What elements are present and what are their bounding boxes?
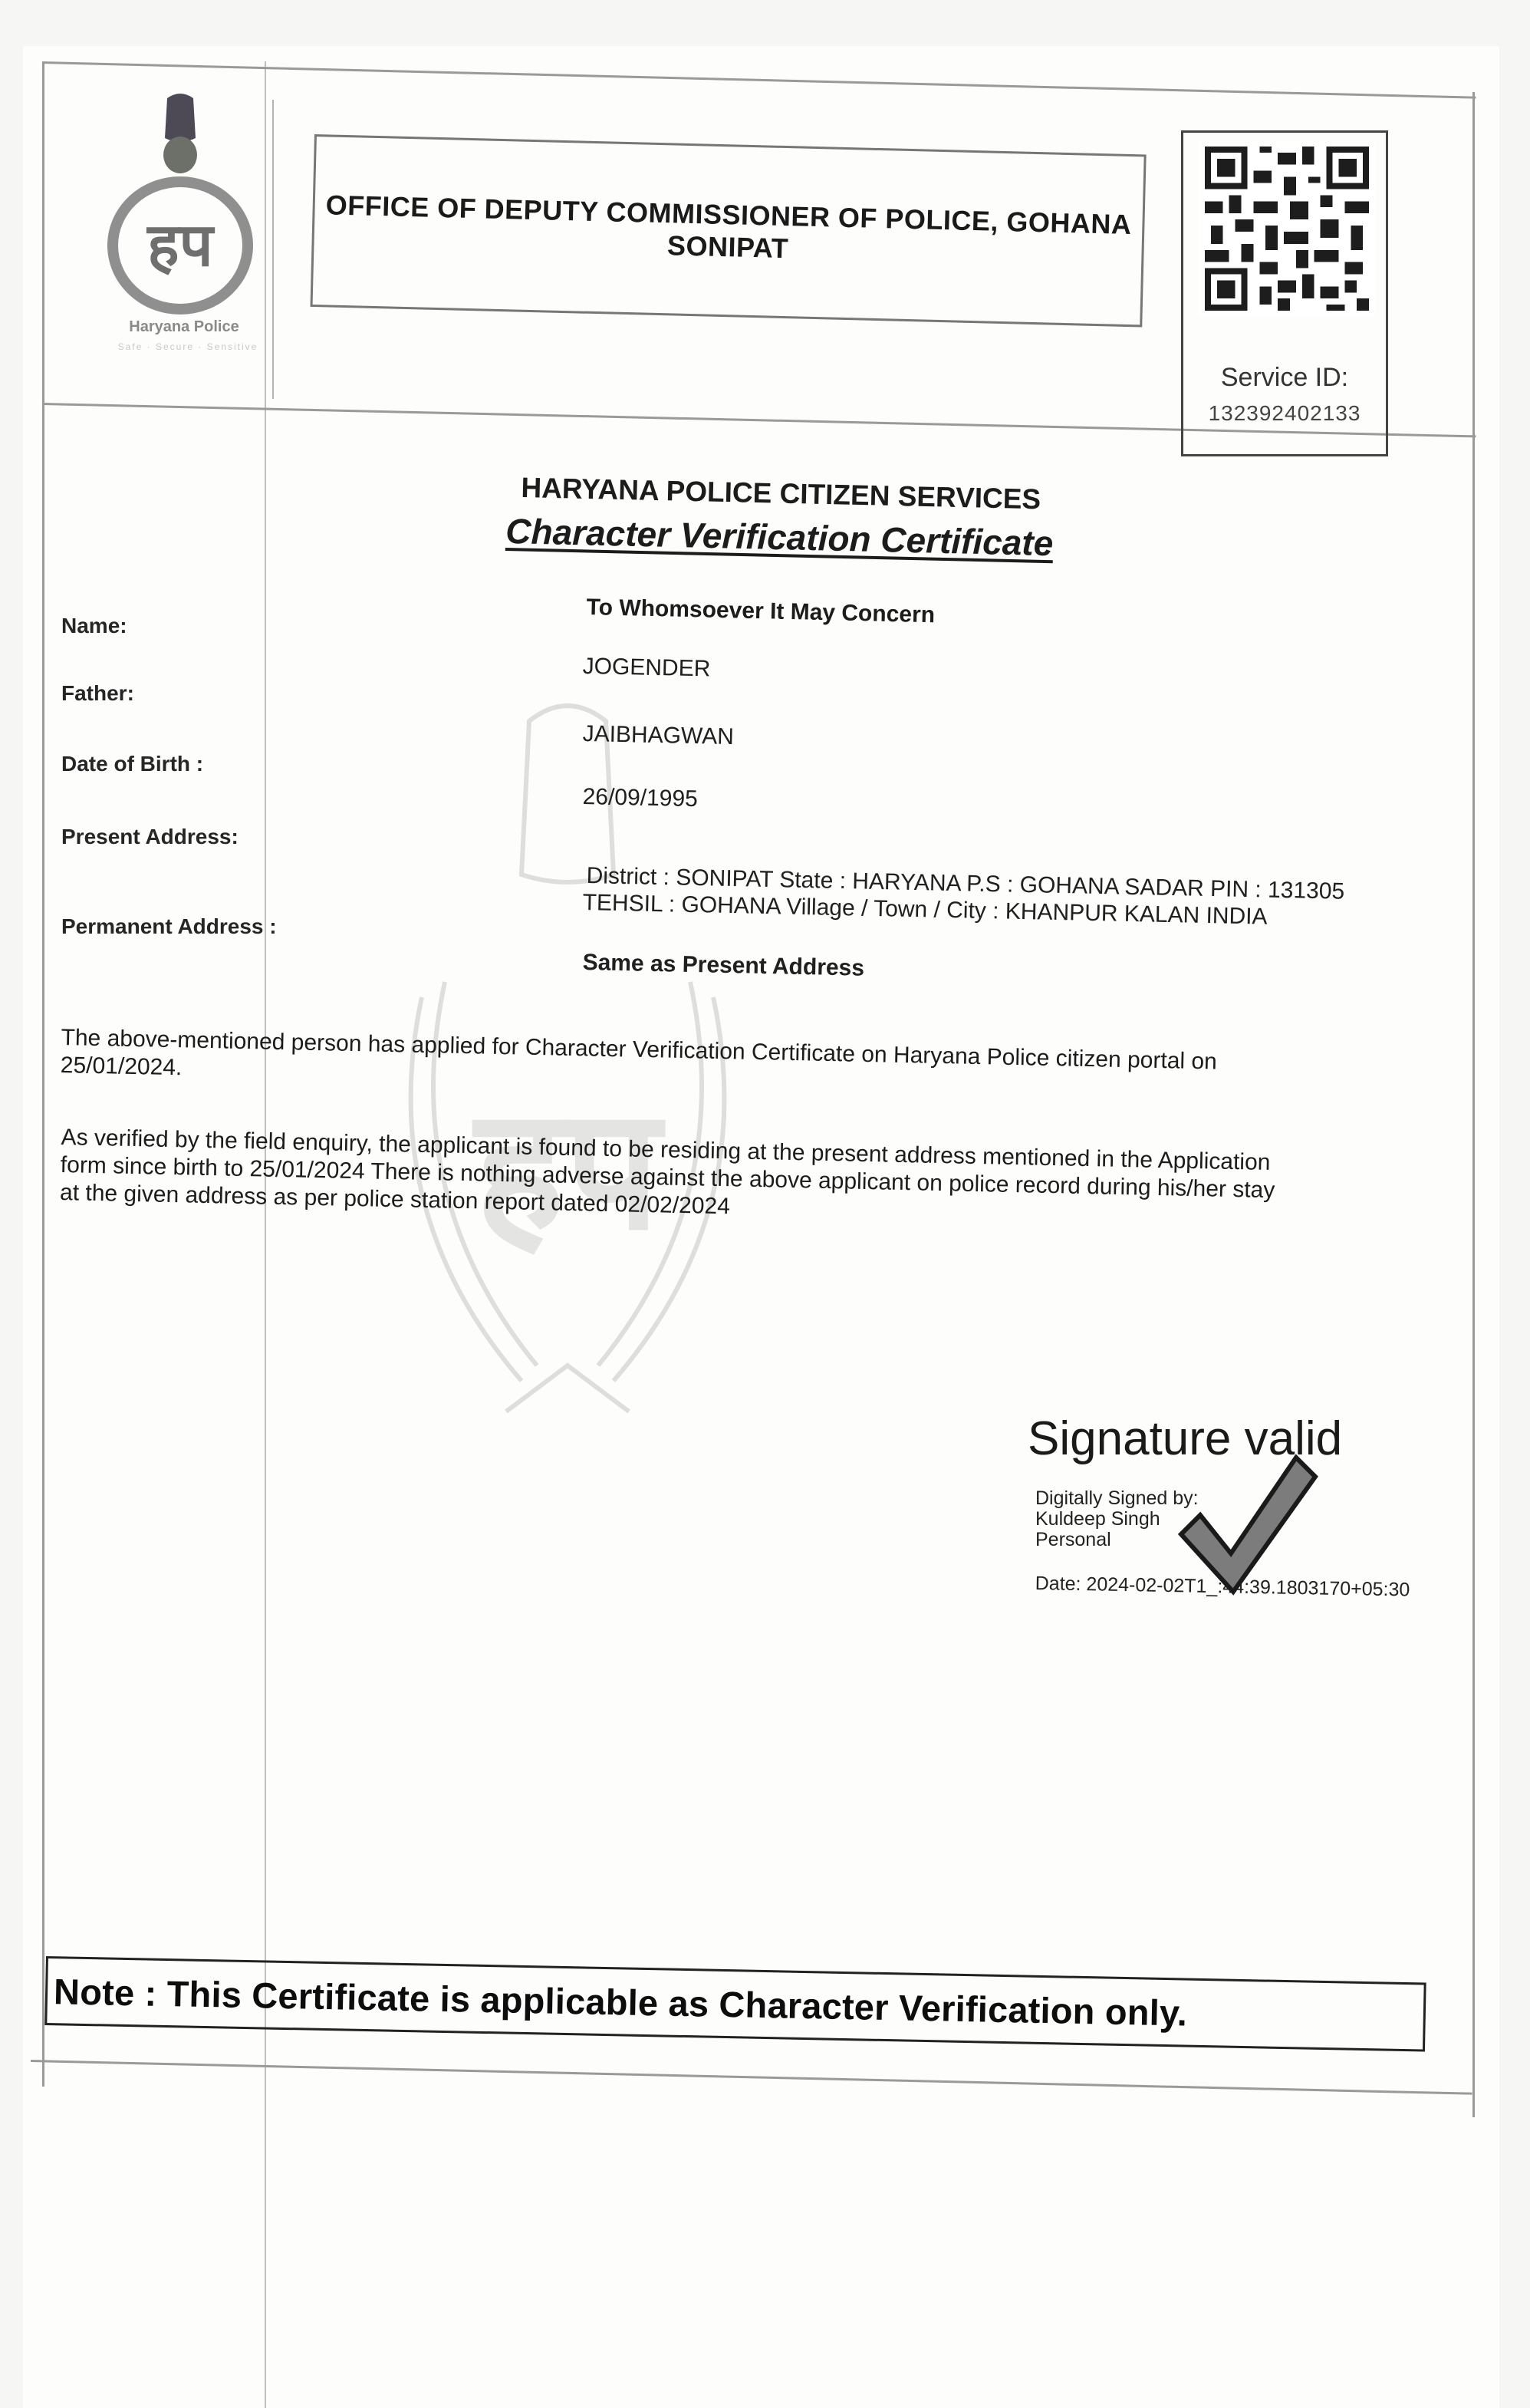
present-address-label: Present Address: (61, 825, 239, 849)
ashoka-emblem-icon (153, 92, 207, 176)
signer-name: Kuldeep Singh (1035, 1509, 1160, 1530)
signer-type: Personal (1035, 1530, 1111, 1550)
father-value: JAIBHAGWAN (582, 721, 734, 750)
dob-value: 26/09/1995 (582, 784, 698, 812)
name-label: Name: (61, 614, 127, 638)
office-title-line2: SONIPAT (666, 229, 788, 265)
haryana-police-logo: हप Haryana Police Safe · Secure · Sensit… (96, 88, 272, 357)
logo-caption: Haryana Police (96, 318, 272, 336)
service-id-label: Service ID: (1183, 363, 1386, 393)
hp-monogram: हप (142, 203, 219, 288)
office-header-box: OFFICE OF DEPUTY COMMISSIONER OF POLICE,… (311, 134, 1147, 327)
page-border-left (42, 61, 44, 2087)
qr-service-box: Service ID: 132392402133 (1181, 130, 1388, 456)
note-text: Note : This Certificate is applicable as… (54, 1970, 1188, 2034)
service-id-value: 132392402133 (1183, 401, 1386, 426)
father-label: Father: (61, 681, 134, 706)
name-value: JOGENDER (582, 654, 710, 682)
permanent-address-label: Permanent Address : (61, 914, 277, 939)
qr-code-icon[interactable] (1199, 140, 1375, 317)
dob-label: Date of Birth : (61, 752, 203, 776)
logo-divider (272, 100, 274, 399)
checkmark-icon (1166, 1442, 1319, 1596)
page-border-right (1472, 92, 1475, 2117)
fold-crease (265, 61, 266, 2408)
logo-subcaption: Safe · Secure · Sensitive (96, 341, 280, 352)
